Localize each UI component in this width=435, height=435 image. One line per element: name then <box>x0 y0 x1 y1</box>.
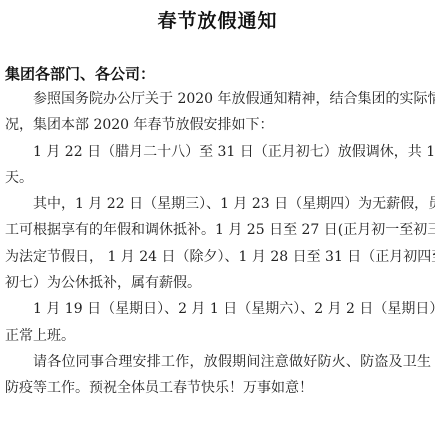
body-line: 其中，1 月 22 日（星期三）、1 月 23 日（星期四）为无薪假，员 <box>5 191 431 217</box>
body-line: 为法定节假日， 1 月 24 日（除夕）、1 月 28 日至 31 日（正月初四… <box>5 244 431 270</box>
body-line: 况，集团本部 2020 年春节放假安排如下： <box>5 112 431 138</box>
notice-page: 春节放假通知 集团各部门、各公司： 参照国务院办公厅关于 2020 年放假通知精… <box>0 0 435 435</box>
body-line: 初七）为公休抵补，属有薪假。 <box>5 270 431 296</box>
body-line: 1 月 19 日（星期日）、2 月 1 日（星期六）、2 月 2 日（星期日） <box>5 296 431 322</box>
body-line: 正常上班。 <box>5 323 431 349</box>
body-line: 参照国务院办公厅关于 2020 年放假通知精神，结合集团的实际情 <box>5 86 431 112</box>
body-line: 请各位同事合理安排工作，放假期间注意做好防火、防盗及卫生 <box>5 349 431 375</box>
document-title: 春节放假通知 <box>0 6 435 33</box>
body-line: 天。 <box>5 165 431 191</box>
body-line: 1 月 22 日（腊月二十八）至 31 日（正月初七）放假调休，共 10 <box>5 139 431 165</box>
document-body: 参照国务院办公厅关于 2020 年放假通知精神，结合集团的实际情 况，集团本部 … <box>5 86 431 402</box>
body-line: 工可根据享有的年假和调休抵补。1 月 25 日至 27 日(正月初一至初三) <box>5 217 431 243</box>
greeting: 集团各部门、各公司： <box>5 63 155 84</box>
body-line: 防疫等工作。预祝全体员工春节快乐！万事如意！ <box>5 375 431 401</box>
